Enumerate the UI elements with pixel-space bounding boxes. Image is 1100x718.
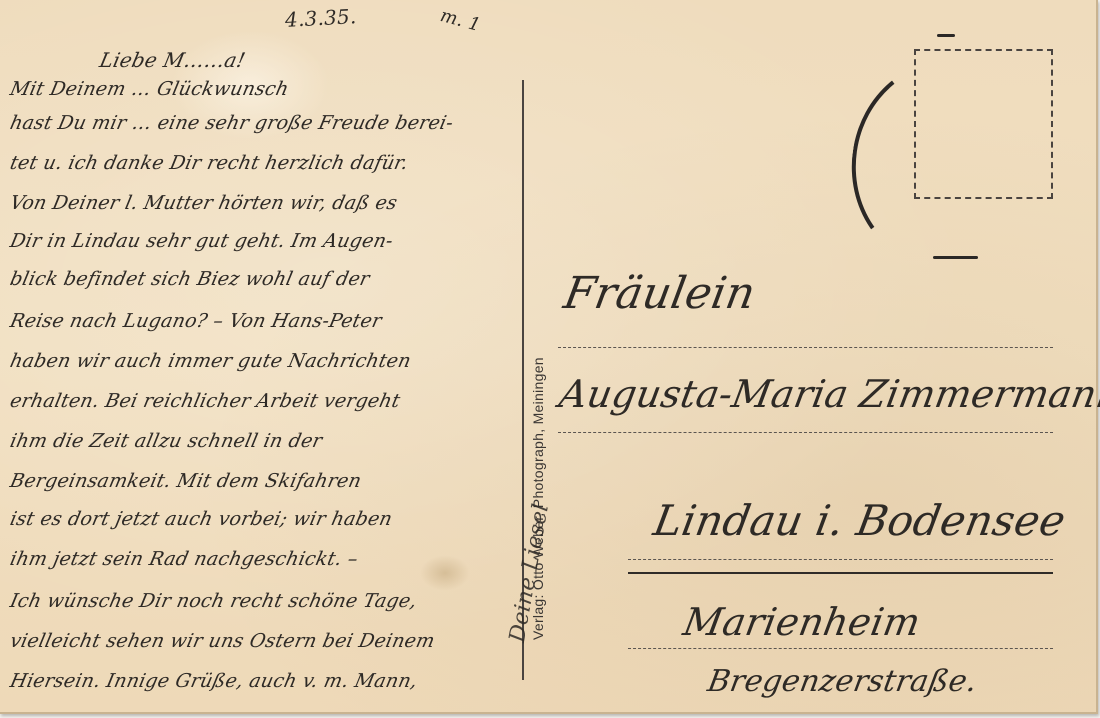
address-street: Bregenzerstraße. — [705, 664, 980, 699]
address-salutation: Fräulein — [560, 268, 759, 319]
address-line-3 — [628, 559, 1053, 560]
letter-line: ist es dort jetzt auch vorbei; wir haben — [8, 508, 394, 530]
letter-line: Von Deiner l. Mutter hörten wir, daß es — [8, 192, 399, 214]
letter-line: hast Du mir … eine sehr große Freude ber… — [8, 112, 455, 134]
address-line-1 — [558, 347, 1053, 348]
letter-line: Ich wünsche Dir noch recht schöne Tage, — [8, 590, 419, 612]
letter-line: Mit Deinem … Glückwunsch — [8, 78, 291, 100]
address-line-4 — [628, 648, 1053, 649]
letter-line: erhalten. Bei reichlicher Arbeit vergeht — [8, 390, 402, 412]
letter-greeting: Liebe M……a! — [97, 48, 247, 72]
paper-stain — [420, 555, 470, 591]
postcard: 4.3.35. m. 1 Liebe M……a! Mit Deinem … Gl… — [0, 0, 1098, 714]
letter-line: Reise nach Lugano? – Von Hans-Peter — [8, 310, 384, 332]
stamp-placeholder-box — [914, 49, 1053, 199]
address-city-underline — [628, 572, 1053, 574]
letter-line: blick befindet sich Biez wohl auf der — [8, 268, 372, 290]
letter-line: haben wir auch immer gute Nachrichten — [8, 350, 413, 372]
margin-signature: Deine Liesel — [505, 502, 554, 645]
address-line-2 — [558, 432, 1053, 433]
letter-line: ihm die Zeit allzu schnell in der — [8, 430, 324, 452]
letter-line: Hiersein. Innige Grüße, auch v. m. Mann, — [8, 670, 419, 692]
address-institution: Marienheim — [680, 600, 924, 644]
date-annotation: m. 1 — [438, 5, 483, 36]
postmark-mark — [933, 256, 978, 259]
address-name: Augusta-Maria Zimmermann — [556, 372, 1100, 416]
letter-line: Dir in Lindau sehr gut geht. Im Augen- — [8, 230, 395, 252]
letter-date: 4.3.35. — [284, 4, 357, 32]
postmark-mark — [937, 34, 955, 37]
letter-line: tet u. ich danke Dir recht herzlich dafü… — [8, 152, 410, 174]
letter-line: ihm jetzt sein Rad nachgeschickt. – — [8, 548, 360, 570]
address-city: Lindau i. Bodensee — [650, 496, 1069, 545]
letter-line: Bergeinsamkeit. Mit dem Skifahren — [8, 470, 363, 492]
letter-line: vielleicht sehen wir uns Ostern bei Dein… — [8, 630, 437, 652]
